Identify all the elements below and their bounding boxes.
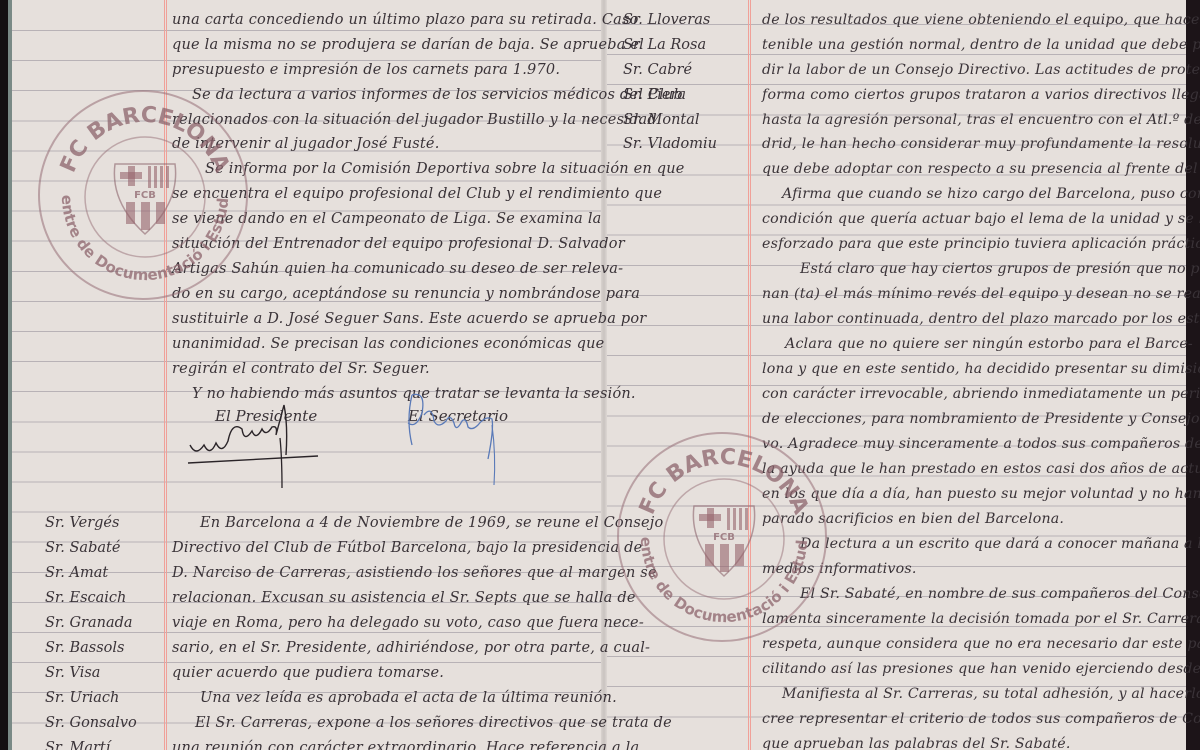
attendee-name: Sr. Bassols: [45, 640, 124, 656]
text-line: En Barcelona a 4 de Noviembre de 1969, s…: [200, 515, 663, 531]
text-line: esforzado para que este principio tuvier…: [762, 236, 1200, 252]
text-line: una labor continuada, dentro del plazo m…: [762, 311, 1200, 327]
text-line: regirán el contrato del Sr. Seguer.: [172, 361, 430, 377]
text-line: de elecciones, para nombramiento de Pres…: [762, 411, 1200, 427]
text-line: Una vez leída es aprobada el acta de la …: [200, 690, 617, 706]
text-line: que la misma no se produjera se darían d…: [172, 37, 644, 53]
attendee-name: Sr. Uriach: [45, 690, 119, 706]
text-line: dir la labor de un Consejo Directivo. La…: [762, 62, 1200, 78]
svg-text:FC BARCELONA: FC BARCELONA: [635, 445, 813, 518]
text-line: de los resultados que viene obteniendo e…: [762, 12, 1200, 28]
archive-stamp: FC BARCELONA Centre de Documentació i Es…: [617, 432, 827, 642]
stamp-graphic: FC BARCELONA Centre de Documentació i Es…: [619, 434, 829, 644]
text-line: una reunión con carácter extraordinario.…: [172, 740, 639, 750]
attendee-name: Sr. Granada: [45, 615, 133, 631]
text-line: Afirma que cuando se hizo cargo del Barc…: [782, 186, 1200, 202]
svg-text:FCB: FCB: [713, 532, 735, 543]
secretary-signature: [400, 385, 540, 495]
text-line: tenible una gestión normal, dentro de la…: [762, 37, 1200, 53]
attendee-name: Sr. Escaich: [45, 590, 126, 606]
text-line: El Sr. Sabaté, en nombre de sus compañer…: [800, 586, 1200, 602]
text-line: relacionan. Excusan su asistencia el Sr.…: [172, 590, 636, 606]
attendee-name: Sr. Piera: [623, 87, 686, 103]
text-line: cilitando así las presiones que han veni…: [762, 661, 1200, 677]
text-line: Se informa por la Comisión Deportiva sob…: [205, 161, 685, 177]
attendee-name: Sr. Gonsalvo: [45, 715, 137, 731]
text-line: que aprueban las palabras del Sr. Sabaté…: [762, 736, 1071, 750]
text-line: una carta concediendo un último plazo pa…: [172, 12, 639, 28]
svg-text:FC BARCELONA: FC BARCELONA: [56, 103, 234, 176]
text-line: viaje en Roma, pero ha delegado su voto,…: [172, 615, 644, 631]
text-line: hasta la agresión personal, tras el encu…: [762, 112, 1200, 128]
text-line: quier acuerdo que pudiera tomarse.: [172, 665, 444, 681]
text-line: Manifiesta al Sr. Carreras, su total adh…: [782, 686, 1200, 702]
attendee-name: Sr. La Rosa: [623, 37, 706, 53]
president-signature: [180, 390, 340, 490]
text-line: sario, en el Sr. Presidente, adhiriéndos…: [172, 640, 650, 656]
text-line: nan (ta) el más mínimo revés del equipo …: [762, 286, 1200, 302]
text-line: El Sr. Carreras, expone a los señores di…: [195, 715, 672, 731]
svg-text:FCB: FCB: [134, 190, 156, 201]
attendee-name: Sr. Visa: [45, 665, 100, 681]
text-line: Está claro que hay ciertos grupos de pre…: [800, 261, 1200, 277]
text-line: D. Narciso de Carreras, asistiendo los s…: [172, 565, 657, 581]
attendee-name: Sr. Montal: [623, 112, 700, 128]
content-layer: una carta concediendo un último plazo pa…: [0, 0, 1200, 750]
text-line: Directivo del Club de Fútbol Barcelona, …: [172, 540, 642, 556]
attendee-name: Sr. Martí: [45, 740, 110, 750]
text-line: unanimidad. Se precisan las condiciones …: [172, 336, 604, 352]
attendee-name: Sr. Cabré: [623, 62, 692, 78]
text-line: Da lectura a un escrito que dará a conoc…: [800, 536, 1200, 552]
text-line: que debe adoptar con respecto a su prese…: [762, 161, 1200, 177]
text-line: Se da lectura a varios informes de los s…: [192, 87, 683, 103]
text-line: cree representar el criterio de todos su…: [762, 711, 1200, 727]
attendee-name: Sr. Vladomiu: [623, 136, 717, 152]
attendee-name: Sr. Lloveras: [623, 12, 710, 28]
attendee-name: Sr. Vergés: [45, 515, 119, 531]
text-line: forma como ciertos grupos trataron a var…: [762, 87, 1200, 103]
stamp-graphic: FC BARCELONA Centre de Documentació i Es…: [40, 92, 250, 302]
text-line: drid, le han hecho considerar muy profun…: [762, 136, 1200, 152]
text-line: lona y que en este sentido, ha decidido …: [762, 361, 1200, 377]
archive-stamp: FC BARCELONA Centre de Documentació i Es…: [38, 90, 248, 300]
attendee-name: Sr. Sabaté: [45, 540, 120, 556]
text-line: condición que quería actuar bajo el lema…: [762, 211, 1200, 227]
text-line: Aclara que no quiere ser ningún estorbo …: [785, 336, 1193, 352]
text-line: presupuesto e impresión de los carnets p…: [172, 62, 560, 78]
attendee-name: Sr. Amat: [45, 565, 108, 581]
text-line: sustituirle a D. José Seguer Sans. Este …: [172, 311, 646, 327]
text-line: con carácter irrevocable, abriendo inmed…: [762, 386, 1200, 402]
